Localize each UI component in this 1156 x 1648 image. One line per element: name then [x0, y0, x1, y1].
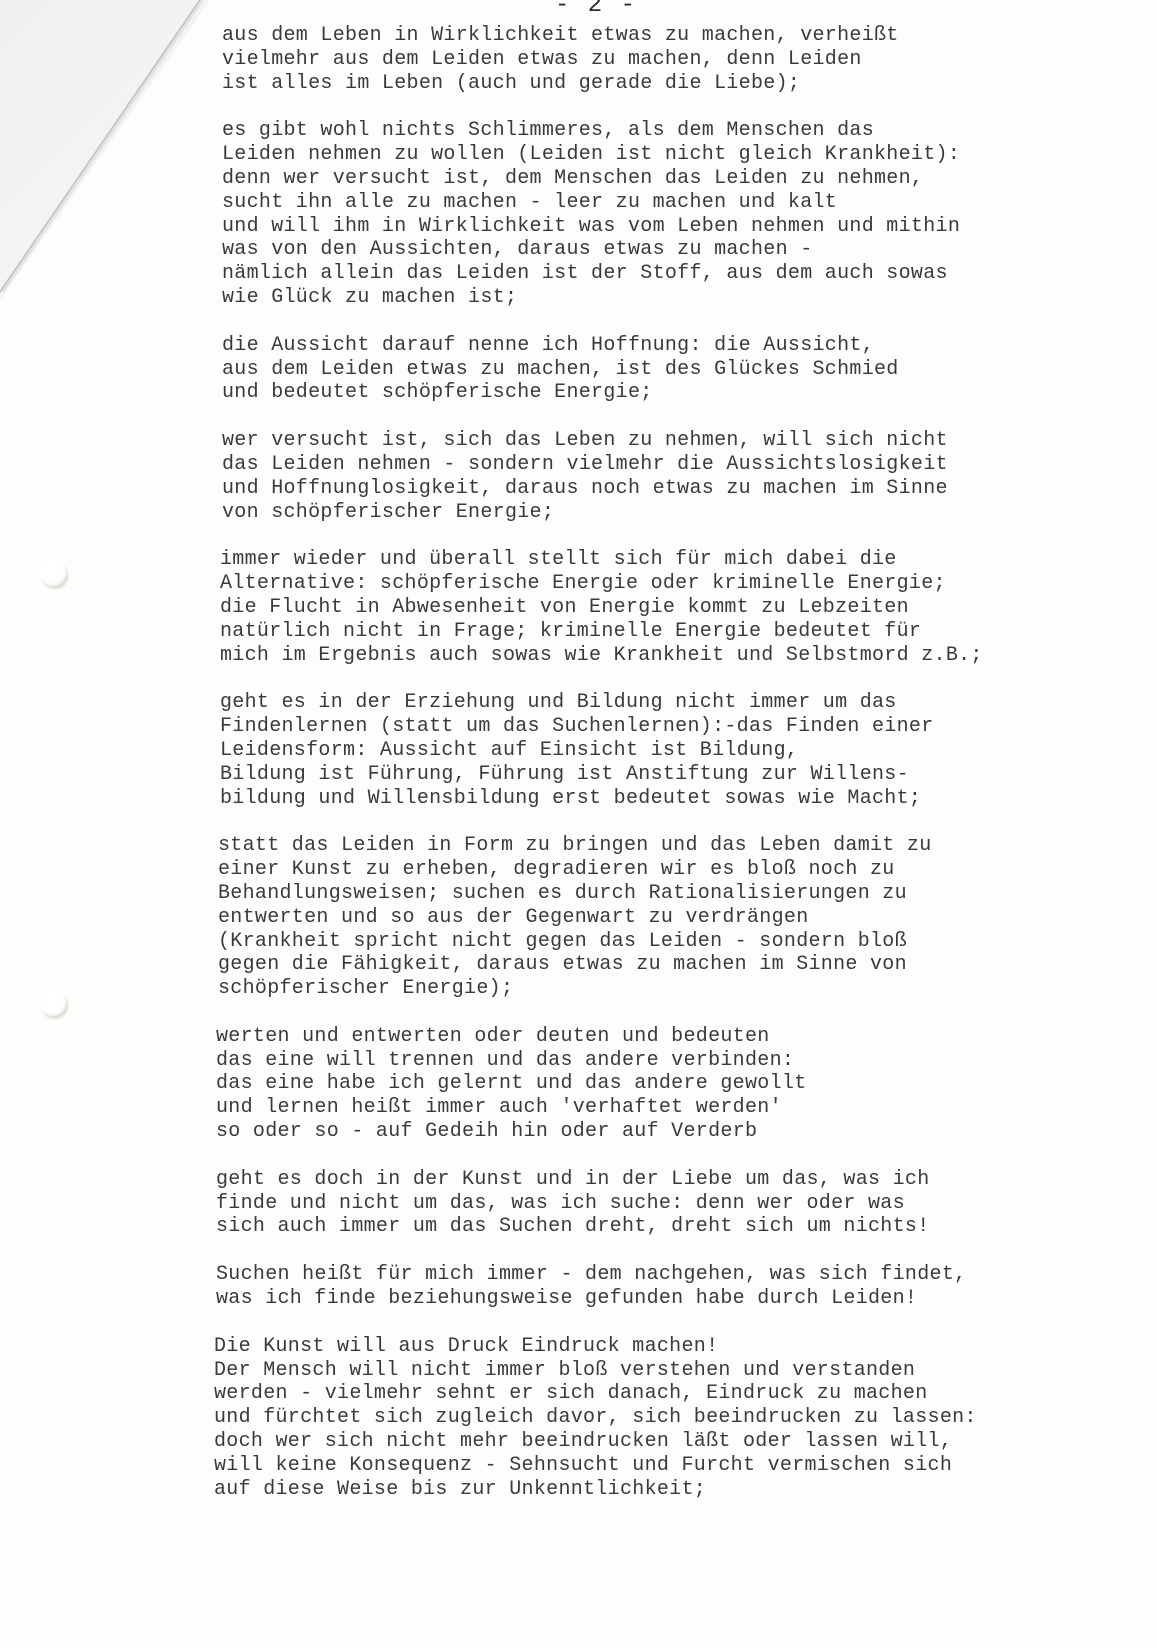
text-line: immer wieder und überall stellt sich für… [220, 548, 1156, 572]
text-line: einer Kunst zu erheben, degradieren wir … [218, 858, 1156, 882]
text-line: es gibt wohl nichts Schlimmeres, als dem… [222, 119, 1156, 143]
text-line: Suchen heißt für mich immer - dem nachge… [216, 1263, 1156, 1287]
paragraph: die Aussicht darauf nenne ich Hoffnung: … [0, 334, 1156, 405]
text-line: und lernen heißt immer auch 'verhaftet w… [216, 1096, 1156, 1120]
text-line: werden - vielmehr sehnt er sich danach, … [214, 1382, 1156, 1406]
paragraph: es gibt wohl nichts Schlimmeres, als dem… [0, 119, 1156, 309]
paragraph: geht es doch in der Kunst und in der Lie… [0, 1168, 1156, 1239]
page-number: - 2 - [555, 0, 637, 19]
text-line: wer versucht ist, sich das Leben zu nehm… [222, 429, 1156, 453]
page-body: aus dem Leben in Wirklichkeit etwas zu m… [0, 24, 1156, 1525]
text-line: vielmehr aus dem Leiden etwas zu machen,… [222, 48, 1156, 72]
text-line: (Krankheit spricht nicht gegen das Leide… [218, 930, 1156, 954]
text-line: will keine Konsequenz - Sehnsucht und Fu… [214, 1454, 1156, 1478]
text-line: und Hoffnunglosigkeit, daraus noch etwas… [222, 477, 1156, 501]
paragraph: wer versucht ist, sich das Leben zu nehm… [0, 429, 1156, 524]
text-line: mich im Ergebnis auch sowas wie Krankhei… [220, 644, 1156, 668]
text-line: geht es doch in der Kunst und in der Lie… [216, 1168, 1156, 1192]
text-line: sich auch immer um das Suchen dreht, dre… [216, 1215, 1156, 1239]
text-line: nämlich allein das Leiden ist der Stoff,… [222, 262, 1156, 286]
text-line: auf diese Weise bis zur Unkenntlichkeit; [214, 1478, 1156, 1502]
paragraph: werten und entwerten oder deuten und bed… [0, 1025, 1156, 1144]
text-line: schöpferischer Energie); [218, 977, 1156, 1001]
text-line: die Flucht in Abwesenheit von Energie ko… [220, 596, 1156, 620]
text-line: was ich finde beziehungsweise gefunden h… [216, 1287, 1156, 1311]
text-line: das eine will trennen und das andere ver… [216, 1049, 1156, 1073]
text-line: was von den Aussichten, daraus etwas zu … [222, 238, 1156, 262]
text-line: das Leiden nehmen - sondern vielmehr die… [222, 453, 1156, 477]
text-line: aus dem Leiden etwas zu machen, ist des … [222, 358, 1156, 382]
text-line: Bildung ist Führung, Führung ist Anstift… [220, 763, 1156, 787]
text-line: denn wer versucht ist, dem Menschen das … [222, 167, 1156, 191]
text-line: geht es in der Erziehung und Bildung nic… [220, 691, 1156, 715]
paragraph: immer wieder und überall stellt sich für… [0, 548, 1156, 667]
paragraph: statt das Leiden in Form zu bringen und … [0, 834, 1156, 1001]
paragraph: Suchen heißt für mich immer - dem nachge… [0, 1263, 1156, 1311]
text-line: werten und entwerten oder deuten und bed… [216, 1025, 1156, 1049]
text-line: und fürchtet sich zugleich davor, sich b… [214, 1406, 1156, 1430]
text-line: entwerten und so aus der Gegenwart zu ve… [218, 906, 1156, 930]
text-line: ist alles im Leben (auch und gerade die … [222, 72, 1156, 96]
text-line: so oder so - auf Gedeih hin oder auf Ver… [216, 1120, 1156, 1144]
paragraph: geht es in der Erziehung und Bildung nic… [0, 691, 1156, 810]
text-line: von schöpferischer Energie; [222, 501, 1156, 525]
text-line: natürlich nicht in Frage; kriminelle Ene… [220, 620, 1156, 644]
paragraph: aus dem Leben in Wirklichkeit etwas zu m… [0, 24, 1156, 95]
paragraph: Die Kunst will aus Druck Eindruck machen… [0, 1335, 1156, 1502]
text-line: das eine habe ich gelernt und das andere… [216, 1072, 1156, 1096]
text-line: finde und nicht um das, was ich suche: d… [216, 1192, 1156, 1216]
text-line: Die Kunst will aus Druck Eindruck machen… [214, 1335, 1156, 1359]
text-line: sucht ihn alle zu machen - leer zu mache… [222, 191, 1156, 215]
text-line: Findenlernen (statt um das Suchenlernen)… [220, 715, 1156, 739]
text-line: Leiden nehmen zu wollen (Leiden ist nich… [222, 143, 1156, 167]
text-line: Der Mensch will nicht immer bloß versteh… [214, 1359, 1156, 1383]
text-line: Leidensform: Aussicht auf Einsicht ist B… [220, 739, 1156, 763]
text-line: wie Glück zu machen ist; [222, 286, 1156, 310]
text-line: Alternative: schöpferische Energie oder … [220, 572, 1156, 596]
text-line: aus dem Leben in Wirklichkeit etwas zu m… [222, 24, 1156, 48]
text-line: bildung und Willensbildung erst bedeutet… [220, 787, 1156, 811]
text-line: statt das Leiden in Form zu bringen und … [218, 834, 1156, 858]
text-line: und bedeutet schöpferische Energie; [222, 381, 1156, 405]
text-line: gegen die Fähigkeit, daraus etwas zu mac… [218, 953, 1156, 977]
text-line: doch wer sich nicht mehr beeindrucken lä… [214, 1430, 1156, 1454]
text-line: und will ihm in Wirklichkeit was vom Leb… [222, 215, 1156, 239]
text-line: Behandlungsweisen; suchen es durch Ratio… [218, 882, 1156, 906]
text-line: die Aussicht darauf nenne ich Hoffnung: … [222, 334, 1156, 358]
